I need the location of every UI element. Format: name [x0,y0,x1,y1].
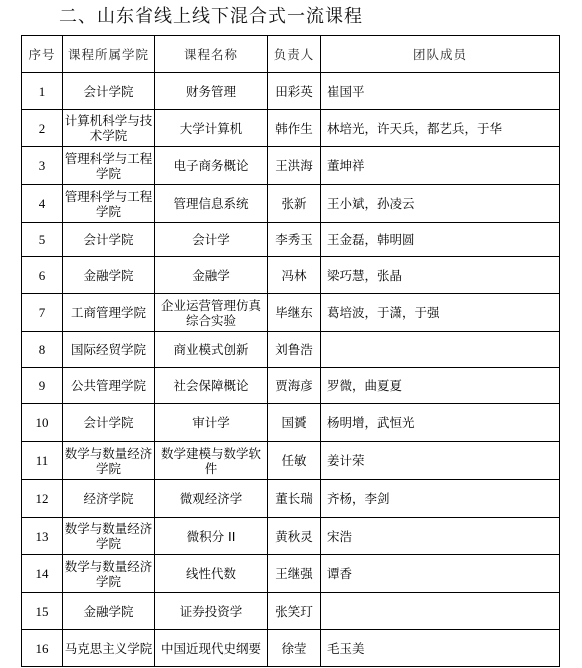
table-row: 6 金融学院 金融学 冯林 梁巧慧，张晶 [22,257,560,294]
cell-college: 数学与数量经济学院 [63,518,155,555]
cell-college: 会计学院 [63,404,155,442]
cell-lead: 冯林 [268,257,321,294]
cell-college: 数学与数量经济学院 [63,442,155,480]
cell-course: 审计学 [155,404,268,442]
cell-members: 王金磊，韩明圆 [321,223,560,257]
cell-num: 10 [22,404,63,442]
cell-members: 姜计荣 [321,442,560,480]
table-body: 1 会计学院 财务管理 田彩英 崔国平 2 计算机科学与技术学院 大学计算机 韩… [22,73,560,667]
cell-lead: 王洪海 [268,147,321,185]
cell-college: 公共管理学院 [63,368,155,404]
cell-course: 会计学 [155,223,268,257]
document-title: 二、山东省线上线下混合式一流课程 [59,2,363,28]
cell-college: 会计学院 [63,223,155,257]
cell-members: 宋浩 [321,518,560,555]
cell-num: 12 [22,480,63,518]
cell-course: 大学计算机 [155,110,268,147]
cell-course: 财务管理 [155,73,268,110]
cell-college: 数学与数量经济学院 [63,555,155,593]
cell-lead: 贾海彦 [268,368,321,404]
cell-lead: 张笑玎 [268,593,321,630]
cell-course: 线性代数 [155,555,268,593]
cell-lead: 黄秋灵 [268,518,321,555]
cell-num: 6 [22,257,63,294]
cell-num: 1 [22,73,63,110]
cell-lead: 李秀玉 [268,223,321,257]
cell-lead: 徐莹 [268,630,321,667]
cell-members [321,332,560,368]
cell-members: 齐杨，李剑 [321,480,560,518]
cell-members: 王小斌，孙凌云 [321,185,560,223]
table-row: 12 经济学院 微观经济学 董长瑞 齐杨，李剑 [22,480,560,518]
cell-college: 国际经贸学院 [63,332,155,368]
cell-members: 崔国平 [321,73,560,110]
cell-course: 微观经济学 [155,480,268,518]
cell-college: 管理科学与工程学院 [63,185,155,223]
cell-members: 林培光，许天兵，都艺兵，于华 [321,110,560,147]
cell-lead: 国贇 [268,404,321,442]
cell-num: 14 [22,555,63,593]
cell-num: 8 [22,332,63,368]
cell-college: 经济学院 [63,480,155,518]
cell-members: 梁巧慧，张晶 [321,257,560,294]
cell-num: 5 [22,223,63,257]
cell-course: 证券投资学 [155,593,268,630]
table-row: 4 管理科学与工程学院 管理信息系统 张新 王小斌，孙凌云 [22,185,560,223]
table-row: 2 计算机科学与技术学院 大学计算机 韩作生 林培光，许天兵，都艺兵，于华 [22,110,560,147]
cell-course: 商业模式创新 [155,332,268,368]
cell-lead: 董长瑞 [268,480,321,518]
cell-lead: 刘鲁浩 [268,332,321,368]
cell-college: 会计学院 [63,73,155,110]
table-row: 10 会计学院 审计学 国贇 杨明增，武恒光 [22,404,560,442]
table-row: 16 马克思主义学院 中国近现代史纲要 徐莹 毛玉美 [22,630,560,667]
table-row: 15 金融学院 证券投资学 张笑玎 [22,593,560,630]
header-num: 序号 [22,36,63,73]
cell-lead: 韩作生 [268,110,321,147]
table-row: 9 公共管理学院 社会保障概论 贾海彦 罗微，曲夏夏 [22,368,560,404]
header-college: 课程所属学院 [63,36,155,73]
table-row: 14 数学与数量经济学院 线性代数 王继强 谭香 [22,555,560,593]
table-row: 7 工商管理学院 企业运营管理仿真综合实验 毕继东 葛培波，于潇，于强 [22,294,560,332]
cell-course: 金融学 [155,257,268,294]
cell-members: 毛玉美 [321,630,560,667]
cell-num: 2 [22,110,63,147]
table-row: 5 会计学院 会计学 李秀玉 王金磊，韩明圆 [22,223,560,257]
table-row: 3 管理科学与工程学院 电子商务概论 王洪海 董坤祥 [22,147,560,185]
cell-course: 电子商务概论 [155,147,268,185]
cell-num: 9 [22,368,63,404]
cell-college: 计算机科学与技术学院 [63,110,155,147]
cell-course: 管理信息系统 [155,185,268,223]
cell-course: 社会保障概论 [155,368,268,404]
cell-college: 马克思主义学院 [63,630,155,667]
cell-course: 企业运营管理仿真综合实验 [155,294,268,332]
cell-college: 管理科学与工程学院 [63,147,155,185]
table-row: 1 会计学院 财务管理 田彩英 崔国平 [22,73,560,110]
cell-num: 11 [22,442,63,480]
header-members: 团队成员 [321,36,560,73]
cell-course: 微积分 II [155,518,268,555]
cell-members: 杨明增，武恒光 [321,404,560,442]
cell-college: 金融学院 [63,593,155,630]
cell-course: 中国近现代史纲要 [155,630,268,667]
table-header-row: 序号 课程所属学院 课程名称 负责人 团队成员 [22,36,560,73]
header-course: 课程名称 [155,36,268,73]
cell-lead: 任敏 [268,442,321,480]
table-row: 8 国际经贸学院 商业模式创新 刘鲁浩 [22,332,560,368]
cell-lead: 毕继东 [268,294,321,332]
cell-members: 罗微，曲夏夏 [321,368,560,404]
cell-members: 葛培波，于潇，于强 [321,294,560,332]
cell-members: 谭香 [321,555,560,593]
cell-num: 3 [22,147,63,185]
cell-num: 7 [22,294,63,332]
cell-lead: 王继强 [268,555,321,593]
cell-lead: 田彩英 [268,73,321,110]
table-row: 13 数学与数量经济学院 微积分 II 黄秋灵 宋浩 [22,518,560,555]
cell-num: 4 [22,185,63,223]
cell-num: 13 [22,518,63,555]
cell-members [321,593,560,630]
cell-members: 董坤祥 [321,147,560,185]
cell-num: 16 [22,630,63,667]
header-lead: 负责人 [268,36,321,73]
cell-college: 金融学院 [63,257,155,294]
course-table: 序号 课程所属学院 课程名称 负责人 团队成员 1 会计学院 财务管理 田彩英 … [21,35,560,667]
cell-course: 数学建模与数学软件 [155,442,268,480]
cell-college: 工商管理学院 [63,294,155,332]
cell-lead: 张新 [268,185,321,223]
cell-num: 15 [22,593,63,630]
table-row: 11 数学与数量经济学院 数学建模与数学软件 任敏 姜计荣 [22,442,560,480]
